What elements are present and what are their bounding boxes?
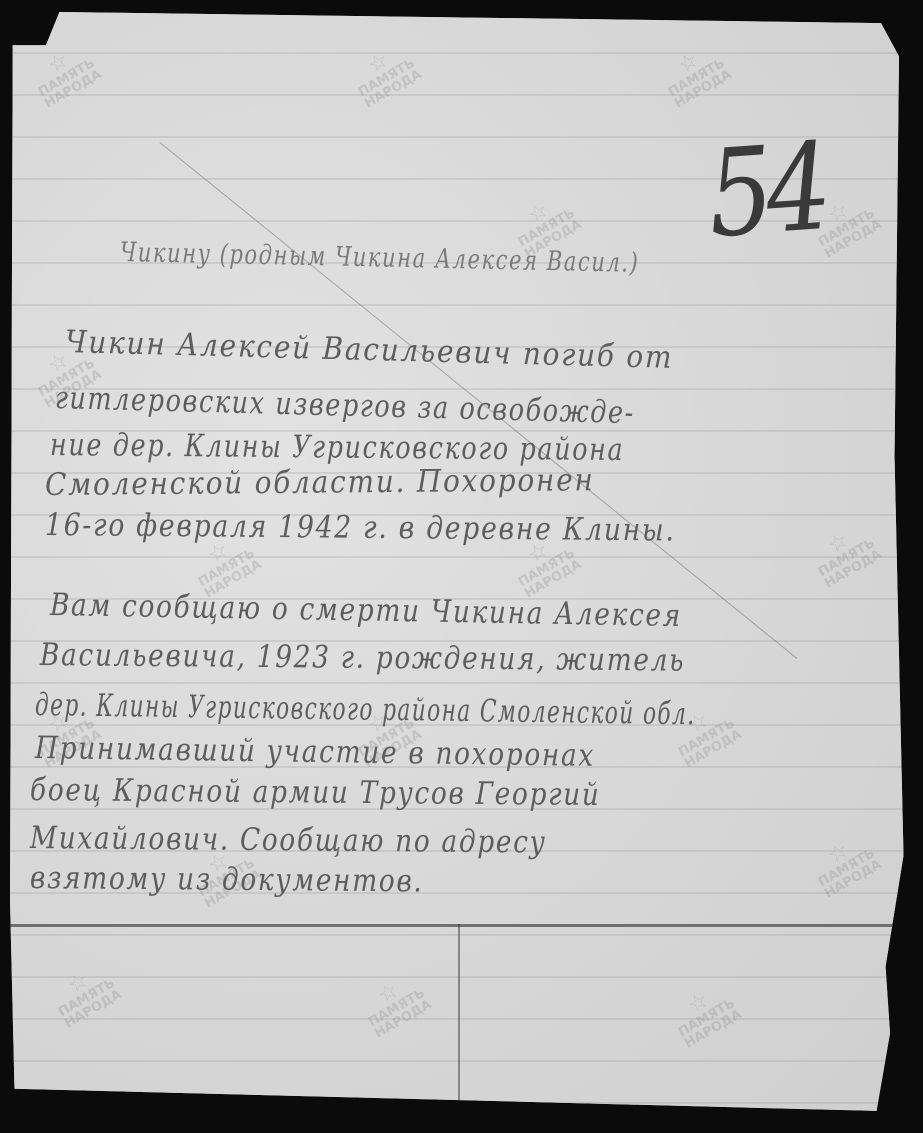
handwritten-line: Смоленской области. Похоронен [45, 462, 595, 503]
vertical-fold [458, 924, 460, 1122]
letter-sheet: ☆ПАМЯТЬНАРОДА ☆ПАМЯТЬНАРОДА ☆ПАМЯТЬНАРОД… [10, 12, 908, 1122]
watermark: ☆ПАМЯТЬНАРОДА [653, 38, 737, 113]
handwritten-line: Михайлович. Сообщаю по адресу [30, 820, 547, 861]
watermark: ☆ПАМЯТЬНАРОДА [803, 518, 887, 593]
watermark: ☆ПАМЯТЬНАРОДА [663, 978, 747, 1053]
handwritten-line: Вам сообщаю о смерти Чикина Алексея [50, 587, 683, 634]
watermark: ☆ПАМЯТЬНАРОДА [803, 828, 887, 903]
watermark: ☆ПАМЯТЬНАРОДА [43, 958, 127, 1033]
handwritten-line: гитлеровских извергов за освобожде- [55, 380, 636, 431]
watermark: ☆ПАМЯТЬНАРОДА [343, 38, 427, 113]
handwritten-line: 16-го февраля 1942 г. в деревне Клины. [45, 507, 676, 549]
letter-heading: Чикину (родным Чикина Алексея Васил.) [120, 237, 640, 279]
handwritten-line: Васильевича, 1923 г. рождения, житель [40, 637, 686, 679]
handwritten-line: Чикин Алексей Васильевич погиб от [65, 324, 674, 376]
page-number: 54 [704, 118, 830, 265]
watermark: ☆ПАМЯТЬНАРОДА [23, 38, 107, 113]
handwritten-line: боец Красной армии Трусов Георгий [30, 772, 601, 813]
handwritten-line: Принимавший участие в похоронах [35, 730, 595, 774]
watermark: ☆ПАМЯТЬНАРОДА [353, 968, 437, 1043]
handwritten-line: взятому из документов. [30, 860, 424, 899]
handwritten-line: дер. Клины Угрисковского района Смоленск… [35, 687, 696, 732]
